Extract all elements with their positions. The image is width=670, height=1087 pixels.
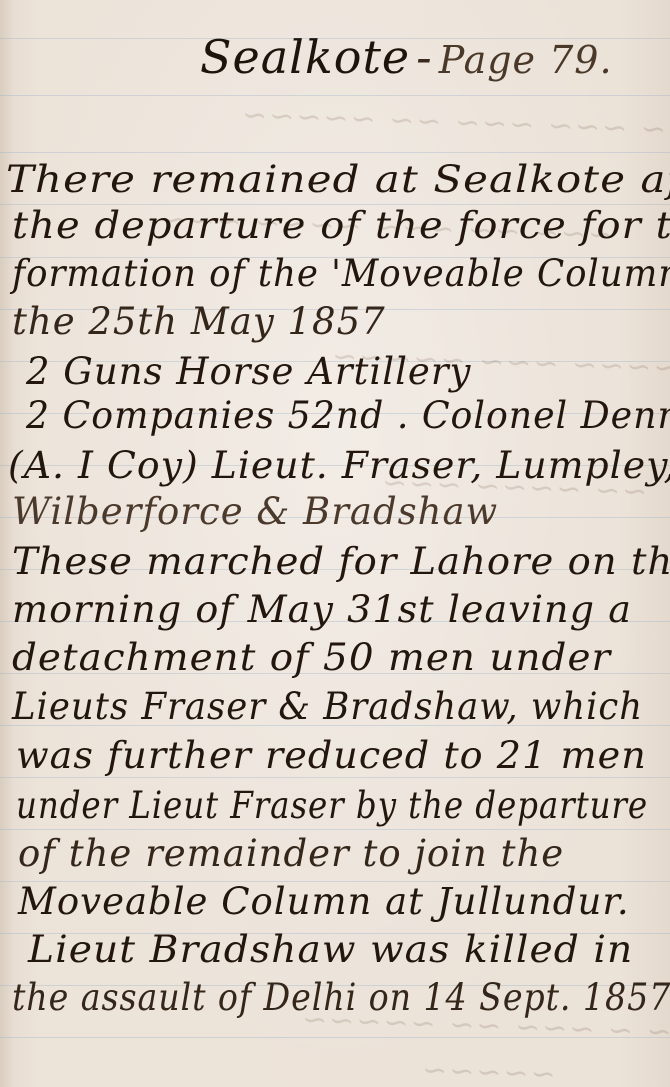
manuscript-line: (A. I Coy) Lieut. Fraser, Lumpley, <box>8 444 670 487</box>
heading-separator: - <box>416 30 433 84</box>
manuscript-line: formation of the 'Moveable Column on <box>12 252 670 295</box>
manuscript-line: was further reduced to 21 men <box>16 734 647 777</box>
manuscript-line: Lieuts Fraser & Bradshaw, which <box>12 685 643 728</box>
heading-place: Sealkote <box>200 30 410 84</box>
manuscript-line: detachment of 50 men under <box>12 636 611 679</box>
page-heading: Sealkote-Page 79. <box>200 30 613 84</box>
manuscript-line: There remained at Sealkote after <box>6 158 670 201</box>
ruled-line <box>0 777 670 778</box>
manuscript-line: under Lieut Fraser by the departure <box>16 784 648 827</box>
manuscript-line: of the remainder to join the <box>18 832 564 875</box>
ruled-line <box>0 95 670 96</box>
bleed-through-ink: ~~~~~ <box>419 1053 556 1087</box>
manuscript-line: These marched for Lahore on the <box>12 540 670 583</box>
manuscript-line: Wilberforce & Bradshaw <box>12 490 498 533</box>
manuscript-page: ~ ~~~ ~~~ ~~ ~~~~~ ~~~ ~~ ~~~ ~~~~ ~~~ ~… <box>0 0 670 1087</box>
ruled-line <box>0 152 670 153</box>
heading-page-number: Page 79. <box>439 38 613 82</box>
manuscript-line: morning of May 31st leaving a <box>12 588 632 631</box>
ruled-line <box>0 829 670 830</box>
manuscript-line: the departure of the force for the <box>12 204 670 247</box>
manuscript-line: Lieut Bradshaw was killed in <box>28 928 633 971</box>
manuscript-line: the assault of Delhi on 14 Sept. 1857. <box>12 976 670 1019</box>
bleed-through-ink: ~ ~~~ ~~~ ~~ ~~~~~ <box>240 98 667 148</box>
manuscript-line: Moveable Column at Jullundur. <box>18 880 630 923</box>
manuscript-line: the 25th May 1857 <box>12 300 386 343</box>
manuscript-line: 2 Guns Horse Artillery <box>26 350 471 393</box>
manuscript-line: 2 Companies 52nd . Colonel Dennis <box>26 394 670 437</box>
